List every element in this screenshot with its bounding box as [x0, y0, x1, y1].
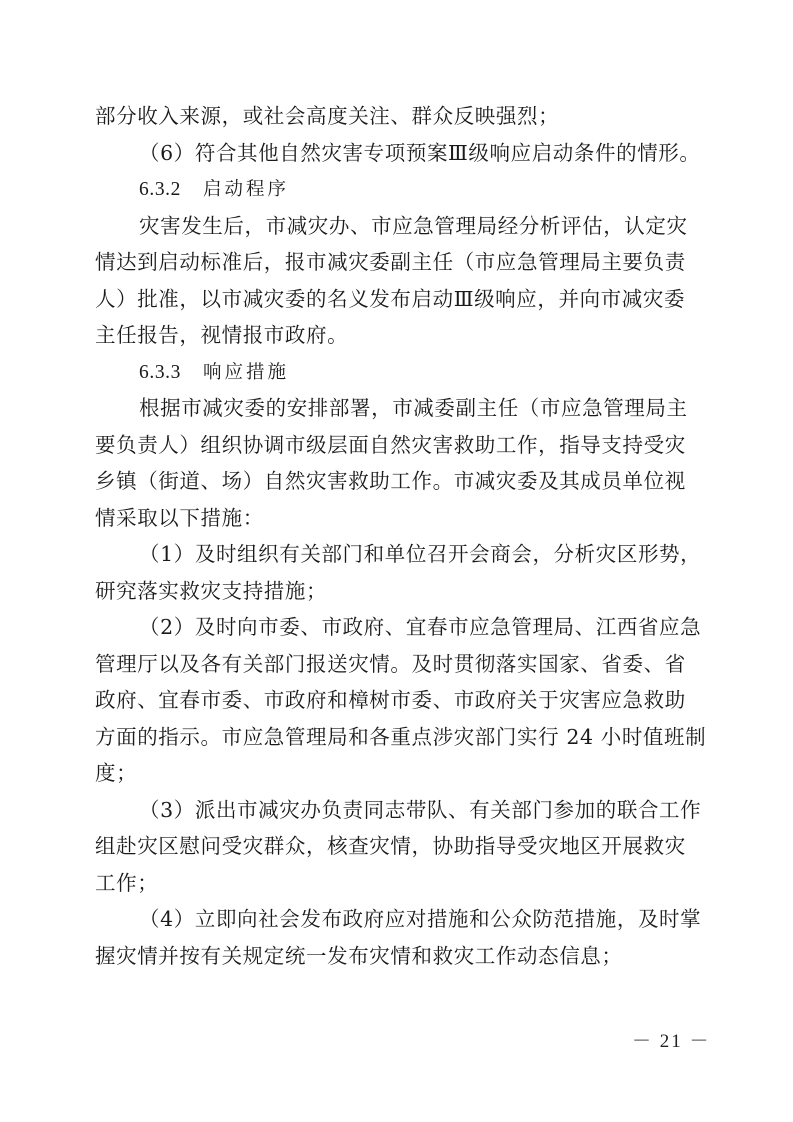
text-line: 部分收入来源，或社会高度关注、群众反映强烈；: [95, 98, 705, 135]
page-number: － 21 －: [632, 1026, 711, 1053]
paragraph-line: 主任报告，视情报市政府。: [95, 317, 705, 354]
document-page: 部分收入来源，或社会高度关注、群众反映强烈； （6）符合其他自然灾害专项预案Ⅲ级…: [95, 98, 705, 974]
list-item-3-cont: 工作；: [95, 865, 705, 902]
list-item-1: （1）及时组织有关部门和单位召开会商会，分析灾区形势，: [95, 536, 705, 573]
paragraph-line: 情达到启动标准后，报市减灾委副主任（市应急管理局主要负责: [95, 244, 705, 281]
list-item-2-cont: 政府、宜春市委、市政府和樟树市委、市政府关于灾害应急救助: [95, 682, 705, 719]
paragraph-line: 情采取以下措施：: [95, 500, 705, 537]
list-item-1-cont: 研究落实救灾支持措施；: [95, 573, 705, 610]
list-item-3-cont: 组赴灾区慰问受灾群众，核查灾情，协助指导受灾地区开展救灾: [95, 828, 705, 865]
section-number: 6.3.2: [139, 179, 181, 200]
section-title: 启动程序: [203, 179, 289, 200]
list-item-4-cont: 握灾情并按有关规定统一发布灾情和救灾工作动态信息；: [95, 938, 705, 975]
list-item-2-cont: 方面的指示。市应急管理局和各重点涉灾部门实行 24 小时值班制: [95, 719, 705, 756]
section-title: 响应措施: [203, 362, 289, 383]
paragraph-line: 乡镇（街道、场）自然灾害救助工作。市减灾委及其成员单位视: [95, 463, 705, 500]
paragraph-line: 要负责人）组织协调市级层面自然灾害救助工作，指导支持受灾: [95, 427, 705, 464]
section-heading-6-3-2: 6.3.2启动程序: [95, 171, 705, 208]
list-item-4: （4）立即向社会发布政府应对措施和公众防范措施，及时掌: [95, 901, 705, 938]
section-heading-6-3-3: 6.3.3响应措施: [95, 354, 705, 391]
list-item-6: （6）符合其他自然灾害专项预案Ⅲ级响应启动条件的情形。: [95, 135, 705, 172]
list-item-3: （3）派出市减灾办负责同志带队、有关部门参加的联合工作: [95, 792, 705, 829]
paragraph-line: 人）批准，以市减灾委的名义发布启动Ⅲ级响应，并向市减灾委: [95, 281, 705, 318]
paragraph-line: 根据市减灾委的安排部署，市减委副主任（市应急管理局主: [95, 390, 705, 427]
list-item-2-cont: 度；: [95, 755, 705, 792]
paragraph-line: 灾害发生后，市减灾办、市应急管理局经分析评估，认定灾: [95, 208, 705, 245]
list-item-2: （2）及时向市委、市政府、宜春市应急管理局、江西省应急: [95, 609, 705, 646]
list-item-2-cont: 管理厅以及各有关部门报送灾情。及时贯彻落实国家、省委、省: [95, 646, 705, 683]
section-number: 6.3.3: [139, 362, 181, 383]
